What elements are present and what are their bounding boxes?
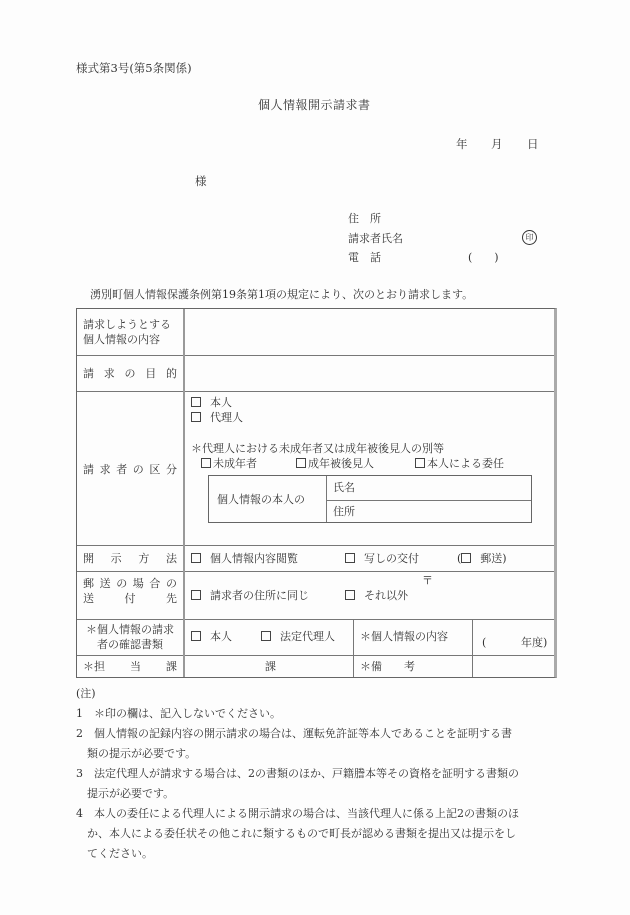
note-line: てください。	[76, 844, 519, 864]
checkbox-icon[interactable]	[191, 397, 201, 407]
requester-name-label: 請求者氏名	[348, 230, 403, 246]
checkbox-same-address[interactable]: 請求者の住所に同じ	[191, 588, 309, 603]
checkbox-icon[interactable]	[191, 553, 201, 563]
checkbox-icon[interactable]	[345, 590, 355, 600]
date-day: 日	[527, 136, 539, 152]
note-line: か、本人による委任状その他これに類するもので町長が認める書類を提出又は提示をし	[76, 824, 519, 844]
checkbox-delegation[interactable]: 本人による委任	[415, 456, 504, 471]
principal-label: 個人情報の本人の	[217, 492, 305, 507]
label-disclosure-method: 開示方法	[83, 551, 177, 566]
note-line: 類の提示が必要です。	[76, 744, 519, 764]
label-remarks: ＊備 考	[360, 659, 415, 674]
note-line: 1 ＊印の欄は、記入しないでください。	[76, 704, 519, 724]
note-line: 4 本人の委任による代理人による開示請求の場合は、当該代理人に係る上記2の書類の…	[76, 804, 519, 824]
checkbox-adult-ward[interactable]: 成年被後見人	[296, 456, 374, 471]
document-title: 個人情報開示請求書	[258, 96, 371, 113]
label-info-content: ＊個人情報の内容	[360, 629, 448, 644]
addressee-suffix: 様	[195, 173, 207, 189]
checkbox-icon[interactable]	[345, 553, 355, 563]
checkbox-id-self[interactable]: 本人	[191, 629, 232, 644]
checkbox-icon[interactable]	[415, 458, 425, 468]
label-requester-type: 請求者の区分	[83, 462, 177, 477]
checkbox-icon[interactable]	[191, 631, 201, 641]
requested-info-field[interactable]	[185, 309, 555, 355]
checkbox-minor[interactable]: 未成年者	[201, 456, 257, 471]
checkbox-agent[interactable]: 代理人	[191, 410, 243, 425]
label-requested-info: 請求しようとする 個人情報の内容	[83, 317, 171, 347]
fiscal-year-label: 年度)	[521, 635, 547, 650]
address-label: 住 所	[348, 210, 381, 226]
form-number: 様式第3号(第5条関係)	[76, 60, 192, 76]
checkbox-icon[interactable]	[191, 590, 201, 600]
date-month: 月	[491, 136, 503, 152]
notes: (注) 1 ＊印の欄は、記入しないでください。 2 個人情報の記録内容の開示請求…	[76, 684, 519, 864]
label-purpose: 請求の目的	[83, 366, 177, 381]
phone-parens: ( )	[468, 249, 499, 265]
fiscal-open: (	[482, 635, 486, 650]
checkbox-icon[interactable]	[191, 412, 201, 422]
checkbox-id-legal-agent[interactable]: 法定代理人	[261, 629, 335, 644]
principal-name-label: 氏名	[333, 480, 355, 495]
label-id-documents: ＊個人情報の請求 者の確認書類	[83, 622, 177, 652]
note-line: 3 法定代理人が請求する場合は、2の書類のほか、戸籍謄本等その資格を証明する書類…	[76, 764, 519, 784]
phone-label: 電 話	[348, 249, 381, 265]
checkbox-icon[interactable]	[261, 631, 271, 641]
note-line: 2 個人情報の記録内容の開示請求の場合は、運転免許証等本人であることを証明する書	[76, 724, 519, 744]
principal-info-table: 個人情報の本人の 氏名 住所	[208, 475, 532, 523]
checkbox-other-address[interactable]: それ以外	[345, 588, 408, 603]
notes-heading: (注)	[76, 684, 519, 704]
checkbox-icon[interactable]	[201, 458, 211, 468]
request-table: 請求しようとする 個人情報の内容 請求の目的 請求者の区分 本人 代理人 ＊代理…	[76, 308, 557, 678]
agent-note: ＊代理人における未成年者又は成年被後見人の別等	[191, 441, 444, 456]
checkbox-self[interactable]: 本人	[191, 395, 232, 410]
principal-address-label: 住所	[333, 504, 355, 519]
intro-text: 湧別町個人情報保護条例第19条第1項の規定により、次のとおり請求します。	[90, 286, 473, 302]
label-department: ＊担当課	[83, 659, 177, 674]
checkbox-icon[interactable]	[461, 553, 471, 563]
checkbox-copy[interactable]: 写しの交付	[345, 551, 419, 566]
note-line: 提示が必要です。	[76, 784, 519, 804]
purpose-field[interactable]	[185, 356, 555, 391]
department-suffix: 課	[265, 659, 276, 674]
postal-mark: 〒	[422, 573, 433, 588]
checkbox-icon[interactable]	[296, 458, 306, 468]
seal-icon: 印	[522, 230, 537, 245]
checkbox-mail[interactable]: ( 郵送)	[457, 551, 507, 566]
date-year: 年	[456, 136, 468, 152]
label-mailing-destination: 郵送の場合の 送付先	[83, 576, 177, 606]
checkbox-view[interactable]: 個人情報内容閲覧	[191, 551, 298, 566]
